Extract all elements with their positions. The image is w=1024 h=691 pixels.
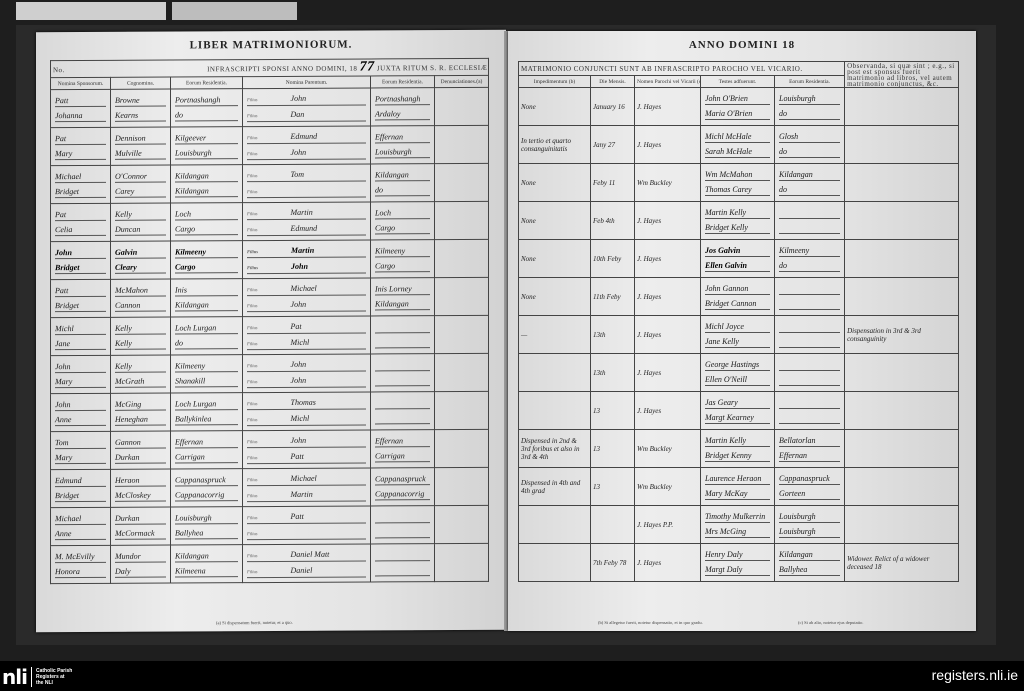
parents-residence-cell	[371, 316, 435, 354]
register-row: 7th Feby 78J. HayesHenry DalyMargt DalyK…	[519, 544, 959, 582]
witness-residence-cell: CappanaspruckGorteen	[775, 468, 845, 506]
surname-cell: DurkanMcCormack	[111, 507, 171, 545]
groom-bride-name-cell: PatMary	[51, 127, 111, 165]
witness-residence: do	[779, 260, 840, 272]
surname-cell: KellyMcGrath	[111, 355, 171, 393]
witness-residence-cell: LouisburghLouisburgh	[775, 506, 845, 544]
register-row: None10th FebyJ. HayesJos GalvinEllen Gal…	[519, 240, 959, 278]
impediment-cell: In tertio et quarto consanguinitatis	[519, 126, 591, 164]
register-row: 13thJ. HayesGeorge HastingsEllen O'Neill	[519, 354, 959, 392]
surname: Dennison	[115, 133, 166, 145]
observation-note-cell: Widower. Relict of a widower deceased 18	[845, 544, 959, 582]
year-handwritten: 77	[360, 59, 375, 74]
filius-label: Filius	[247, 455, 258, 460]
parents-cell: FiliusDaniel MattFiliusDaniel	[243, 544, 371, 583]
groom-bride-name: Mary	[55, 376, 106, 388]
residence-cell: KilmeenyCargo	[171, 241, 243, 279]
left-col-header: Eorum Residentia.	[371, 76, 435, 88]
right-col-header: Testes adfuerunt.	[701, 76, 775, 88]
groom-bride-name-cell: M. McEvillyHonora	[51, 545, 111, 583]
residence: Portnashangh	[175, 94, 238, 106]
residence: Loch	[175, 208, 238, 220]
left-col-header: Nomina Sponsorum.	[51, 77, 111, 89]
witness: John Gannon	[705, 283, 770, 295]
residence-cell: LouisburghBallyhea	[171, 507, 243, 545]
residence-cell: KildanganKildangan	[171, 165, 243, 203]
parent-residence: Loch	[375, 207, 430, 219]
impediment: None	[521, 103, 536, 111]
observation-note-cell	[845, 506, 959, 544]
witnesses-cell: Wm McMahonThomas Carey	[701, 164, 775, 202]
parent-residence: Kildangan	[375, 298, 430, 310]
witness-residence-cell	[775, 202, 845, 240]
witness-residence	[779, 359, 840, 371]
impediment: None	[521, 293, 536, 301]
impediment: None	[521, 217, 536, 225]
left-footnote: (a) Si dispensatum fuerit, notetur, et a…	[216, 620, 293, 625]
parents-residence-cell: CappanaspruckCappanacorrig	[371, 468, 435, 506]
marriage-date: January 16	[593, 103, 625, 111]
register-row: NoneFeby 11Wm BuckleyWm McMahonThomas Ca…	[519, 164, 959, 202]
parent-name: John	[291, 94, 307, 103]
witness: Timothy Mulkerrin	[705, 511, 770, 523]
parent-residence: Portnashangh	[375, 93, 430, 105]
parent-name: Edmund	[291, 132, 318, 141]
parent-line: FiliusMartin	[247, 245, 366, 259]
register-row: PattJohannaBrowneKearnsPortnashanghdoFil…	[51, 87, 489, 127]
right-col-header: Nomen Parochi vel Vicarii (c)	[635, 76, 701, 88]
parent-line: FiliusJohn	[247, 359, 366, 373]
parent-residence	[375, 321, 430, 333]
priest-name-cell: J. Hayes	[635, 354, 701, 392]
parent-line: FiliusThomas	[247, 397, 366, 411]
right-page-title: ANNO DOMINI 18	[508, 39, 976, 51]
marriage-date-cell: 7th Feby 78	[591, 544, 635, 582]
parent-name: Michl	[291, 338, 310, 347]
impediment: None	[521, 255, 536, 263]
marriage-date: Feb 4th	[593, 217, 615, 225]
parent-line: FiliusDan	[247, 109, 366, 123]
filius-label: Filius	[247, 341, 258, 346]
parents-cell: FiliusPatFiliusMichl	[243, 316, 371, 355]
parent-residence	[375, 511, 430, 523]
priest-name: J. Hayes	[637, 141, 661, 149]
filius-label: Filius	[247, 173, 258, 178]
nli-logo[interactable]: nli Catholic Parish Registers at the NLI	[2, 665, 72, 689]
surname: Cannon	[115, 300, 166, 312]
surname-cell: GannonDurkan	[111, 431, 171, 469]
observation-note-cell: Dispensation in 3rd & 3rd consanguinity	[845, 316, 959, 354]
parent-residence: Cargo	[375, 222, 430, 234]
surname-cell: HeraonMcCloskey	[111, 469, 171, 507]
impediment: None	[521, 179, 536, 187]
denunciationes-cell	[435, 429, 489, 467]
residence: Ballykinlea	[175, 413, 238, 425]
filius-label: Filius	[247, 189, 258, 194]
left-page-title: LIBER MATRIMONIORUM.	[36, 38, 506, 52]
parent-name: Tom	[291, 170, 305, 179]
impediment: Dispensed in 2nd & 3rd foribus et also i…	[521, 437, 579, 461]
marriage-date-cell: 10th Feby	[591, 240, 635, 278]
top-strip-left	[16, 2, 166, 20]
surname: Kearns	[115, 110, 166, 122]
register-row: MichaelAnneDurkanMcCormackLouisburghBall…	[51, 505, 489, 545]
parent-residence	[375, 374, 430, 386]
residence: Cappanaspruck	[175, 474, 238, 486]
priest-name-cell: J. Hayes	[635, 316, 701, 354]
denunciationes-cell	[435, 163, 489, 201]
parent-line: FiliusMartin	[247, 489, 366, 503]
parents-residence-cell	[371, 354, 435, 392]
groom-bride-name: Anne	[55, 528, 106, 540]
register-row: EdmundBridgetHeraonMcCloskeyCappanaspruc…	[51, 467, 489, 507]
denunciationes-cell	[435, 277, 489, 315]
groom-bride-name: Pat	[55, 209, 106, 221]
marriage-date-cell: 13	[591, 468, 635, 506]
parent-name: John	[291, 436, 307, 445]
witness-residence: Glosh	[779, 131, 840, 143]
surname: Durkan	[115, 452, 166, 464]
witness-residence	[779, 336, 840, 348]
groom-bride-name: Michl	[55, 323, 106, 335]
observation-note-cell	[845, 126, 959, 164]
residence: Kilgeever	[175, 132, 238, 144]
parents-residence-cell: Kildangando	[371, 164, 435, 202]
parents-cell: FiliusJohnFiliusPatt	[243, 430, 371, 469]
denunciationes-cell	[435, 505, 489, 543]
witness: Laurence Heraon	[705, 473, 770, 485]
marriage-date: 13th	[593, 369, 605, 377]
marriage-date: Feby 11	[593, 179, 615, 187]
groom-bride-name-cell: JohnAnne	[51, 393, 111, 431]
surname-cell: KellyDuncan	[111, 203, 171, 241]
denunciationes-cell	[435, 125, 489, 163]
groom-bride-name-cell: JohnMary	[51, 355, 111, 393]
witness: Martin Kelly	[705, 207, 770, 219]
observation-note-cell	[845, 88, 959, 126]
filius-label: Filius	[247, 249, 258, 254]
denunciationes-cell	[435, 201, 489, 239]
marriage-date-cell: Feb 4th	[591, 202, 635, 240]
site-link[interactable]: registers.nli.ie	[932, 667, 1018, 683]
register-row: JohnMaryKellyMcGrathKilmeenyShanakillFil…	[51, 353, 489, 393]
surname: Kelly	[115, 323, 166, 335]
residence-cell: Loch LurganBallykinlea	[171, 393, 243, 431]
top-strip-right	[172, 2, 297, 20]
priest-name: Wm Buckley	[637, 179, 672, 187]
witness-residence-cell	[775, 278, 845, 316]
parent-line: FiliusTom	[247, 169, 366, 183]
observation-note: Widower. Relict of a widower deceased 18	[847, 555, 929, 571]
parent-residence	[375, 397, 430, 409]
priest-name-cell: Wm Buckley	[635, 430, 701, 468]
parent-name: Michl	[291, 414, 310, 423]
groom-bride-name: Pat	[55, 133, 106, 145]
residence: Ballyhea	[175, 527, 238, 539]
priest-name: J. Hayes	[637, 369, 661, 377]
parent-line: FiliusMichael	[247, 283, 366, 297]
parent-residence: Effernan	[375, 131, 430, 143]
right-col-header: Eorum Residentia.	[775, 76, 845, 88]
observation-note-cell	[845, 278, 959, 316]
groom-bride-name: Honora	[55, 566, 106, 578]
surname-cell: MundorDaly	[111, 545, 171, 583]
residence-cell: KilgeeverLouisburgh	[171, 127, 243, 165]
denunciationes-cell	[435, 391, 489, 429]
witness: Bridget Kelly	[705, 222, 770, 234]
filius-label: Filius	[247, 363, 258, 368]
right-banner: MATRIMONIO CONJUNCTI SUNT AB INFRASCRIPT…	[519, 62, 845, 76]
marriage-date: 7th Feby 78	[593, 559, 626, 567]
parents-residence-cell	[371, 506, 435, 544]
residence-cell: KilmeenyShanakill	[171, 355, 243, 393]
groom-bride-name: Celia	[55, 224, 106, 236]
marriage-date-cell	[591, 506, 635, 544]
filius-label: Filius	[247, 287, 258, 292]
priest-name-cell: J. Hayes	[635, 240, 701, 278]
register-row: JohnBridgetGalvinClearyKilmeenyCargoFili…	[51, 239, 489, 279]
witness-residence	[779, 412, 840, 424]
parent-name: Martin	[291, 246, 314, 255]
parent-line: FiliusPatt	[247, 511, 366, 525]
observation-note-cell	[845, 468, 959, 506]
residence-cell: CappanaspruckCappanacorrig	[171, 469, 243, 507]
priest-name: J. Hayes	[637, 293, 661, 301]
witness-residence-cell	[775, 316, 845, 354]
filius-label: Filius	[247, 97, 258, 102]
parents-residence-cell	[371, 544, 435, 582]
right-page: ANNO DOMINI 18 MATRIMONIO CONJUNCTI SUNT…	[508, 31, 976, 631]
priest-name-cell: J. Hayes	[635, 88, 701, 126]
surname-cell: KellyKelly	[111, 317, 171, 355]
filius-label: Filius	[247, 531, 258, 536]
parent-residence	[375, 412, 430, 424]
witness: Ellen O'Neill	[705, 374, 770, 386]
marriage-date-cell: January 16	[591, 88, 635, 126]
filius-label: Filius	[247, 569, 258, 574]
priest-name: J. Hayes	[637, 103, 661, 111]
logo-divider	[31, 667, 32, 687]
parent-residence: Inis Lorney	[375, 283, 430, 295]
filius-label: Filius	[247, 265, 258, 270]
priest-name: J. Hayes	[637, 331, 661, 339]
groom-bride-name: Michael	[55, 513, 106, 525]
priest-name-cell: J. Hayes P.P.	[635, 506, 701, 544]
denunciationes-cell	[435, 239, 489, 277]
priest-name: J. Hayes P.P.	[637, 521, 673, 529]
right-footnote-b: (b) Si allegetur fuerit, notetur dispens…	[598, 620, 703, 625]
parent-name: Patt	[291, 512, 304, 521]
residence: Loch Lurgan	[175, 398, 238, 410]
witness: Jane Kelly	[705, 336, 770, 348]
denunciationes-cell	[435, 87, 489, 125]
witness: Sarah McHale	[705, 146, 770, 158]
left-col-header: Denunciationes.(a)	[435, 75, 489, 87]
register-row: MichaelBridgetO'ConnorCareyKildanganKild…	[51, 163, 489, 203]
priest-name: J. Hayes	[637, 255, 661, 263]
register-row: Dispensed in 2nd & 3rd foribus et also i…	[519, 430, 959, 468]
banner-post: JUXTA RITUM S. R. ECCLESIÆ	[377, 64, 487, 73]
parent-name: John	[291, 360, 307, 369]
filius-label: Filius	[247, 303, 258, 308]
surname-cell: BrowneKearns	[111, 89, 171, 127]
register-row: M. McEvillyHonoraMundorDalyKildanganKilm…	[51, 543, 489, 583]
groom-bride-name: Mary	[55, 452, 106, 464]
filius-label: Filius	[247, 401, 258, 406]
witness-residence	[779, 222, 840, 234]
parents-cell: FiliusTomFilius	[243, 164, 371, 203]
parent-line: FiliusEdmund	[247, 223, 366, 237]
groom-bride-name: John	[55, 361, 106, 373]
residence: Loch Lurgan	[175, 322, 238, 334]
groom-bride-name: Michael	[55, 171, 106, 183]
denunciationes-cell	[435, 543, 489, 581]
residence: do	[175, 337, 238, 349]
groom-bride-name: M. McEvilly	[55, 551, 106, 563]
witness-residence	[779, 397, 840, 409]
groom-bride-name: Bridget	[55, 186, 106, 198]
witness-residence: Ballyhea	[779, 564, 840, 576]
parent-residence: Kildangan	[375, 169, 430, 181]
witness-residence-cell: KildanganBallyhea	[775, 544, 845, 582]
parents-residence-cell: EffernanCarrigan	[371, 430, 435, 468]
witness-residence: do	[779, 108, 840, 120]
parent-name: Thomas	[291, 398, 316, 407]
right-footnote-c: (c) Si ab alio, notetur ejus deputatio.	[798, 620, 863, 625]
witness-residence-cell: Kildangando	[775, 164, 845, 202]
impediment-cell	[519, 392, 591, 430]
parent-name: Martin	[291, 490, 313, 499]
residence: Cargo	[175, 261, 238, 273]
observation-note-cell	[845, 430, 959, 468]
parent-line: FiliusJohn	[247, 375, 366, 389]
parents-cell: FiliusPattFilius	[243, 506, 371, 545]
observation-note-cell	[845, 164, 959, 202]
witnesses-cell: Martin KellyBridget Kelly	[701, 202, 775, 240]
witness: Michl McHale	[705, 131, 770, 143]
parents-cell: FiliusMartinFiliusEdmund	[243, 202, 371, 241]
parent-name: Patt	[291, 452, 304, 461]
surname: Durkan	[115, 513, 166, 525]
surname: Carey	[115, 186, 166, 198]
witnesses-cell: Jos GalvinEllen Galvin	[701, 240, 775, 278]
witness-residence-cell	[775, 392, 845, 430]
groom-bride-name-cell: PattJohanna	[51, 89, 111, 127]
surname: Cleary	[115, 262, 166, 274]
surname: Heraon	[115, 475, 166, 487]
impediment-cell: —	[519, 316, 591, 354]
groom-bride-name-cell: PatCelia	[51, 203, 111, 241]
parent-line: FiliusPat	[247, 321, 366, 335]
parent-residence	[375, 336, 430, 348]
register-row: TomMaryGannonDurkanEffernanCarriganFiliu…	[51, 429, 489, 469]
parent-line: FiliusMichael	[247, 473, 366, 487]
marriage-date: 13	[593, 483, 600, 491]
surname: McGrath	[115, 376, 166, 388]
filius-label: Filius	[247, 113, 258, 118]
residence: Kilmeeny	[175, 246, 238, 258]
witnesses-cell: Timothy MulkerrinMrs McGing	[701, 506, 775, 544]
residence-cell: Loch Lurgando	[171, 317, 243, 355]
witness-residence: Kildangan	[779, 169, 840, 181]
witness: John O'Brien	[705, 93, 770, 105]
surname: O'Connor	[115, 171, 166, 183]
surname: Kelly	[115, 361, 166, 373]
parent-name: John	[291, 262, 308, 271]
residence: Effernan	[175, 436, 238, 448]
parent-residence: Carrigan	[375, 450, 430, 462]
impediment-cell: None	[519, 164, 591, 202]
witness: Michl Joyce	[705, 321, 770, 333]
priest-name-cell: Wm Buckley	[635, 164, 701, 202]
priest-name: Wm Buckley	[637, 445, 672, 453]
witness-residence: Bellatorlan	[779, 435, 840, 447]
witness: Ellen Galvin	[705, 260, 770, 272]
logo-text: Catholic Parish Registers at the NLI	[36, 668, 72, 686]
parent-residence: Ardaloy	[375, 108, 430, 120]
parent-residence	[375, 359, 430, 371]
parent-line: FiliusJohn	[247, 435, 366, 449]
residence: Louisburgh	[175, 147, 238, 159]
register-row: J. Hayes P.P.Timothy MulkerrinMrs McGing…	[519, 506, 959, 544]
residence-cell: Portnashanghdo	[171, 89, 243, 127]
parents-cell: FiliusMartinFiliusJohn	[243, 240, 371, 279]
register-row: NoneJanuary 16J. HayesJohn O'BrienMaria …	[519, 88, 959, 126]
witness-residence: do	[779, 184, 840, 196]
surname-cell: GalvinCleary	[111, 241, 171, 279]
no-label: No.	[53, 66, 65, 74]
parent-name: John	[291, 300, 307, 309]
witness: Margt Kearney	[705, 412, 770, 424]
witnesses-cell: Jas GearyMargt Kearney	[701, 392, 775, 430]
parents-residence-cell: Inis LorneyKildangan	[371, 278, 435, 316]
witness-residence-cell: Gloshdo	[775, 126, 845, 164]
groom-bride-name: John	[55, 399, 106, 411]
residence: Cargo	[175, 223, 238, 235]
register-row: NoneFeb 4thJ. HayesMartin KellyBridget K…	[519, 202, 959, 240]
groom-bride-name: Edmund	[55, 475, 106, 487]
parents-residence-cell: LochCargo	[371, 202, 435, 240]
surname: Kelly	[115, 338, 166, 350]
residence-cell: EffernanCarrigan	[171, 431, 243, 469]
register-row: PattBridgetMcMahonCannonInisKildanganFil…	[51, 277, 489, 317]
witness-residence	[779, 283, 840, 295]
impediment-cell: Dispensed in 2nd & 3rd foribus et also i…	[519, 430, 591, 468]
impediment: Dispensed in 4th and 4th grad	[521, 479, 580, 495]
filius-label: Filius	[247, 553, 258, 558]
witness: Jas Geary	[705, 397, 770, 409]
parents-cell: FiliusMichaelFiliusJohn	[243, 278, 371, 317]
parent-line: FiliusDaniel	[247, 565, 366, 579]
left-page: LIBER MATRIMONIORUM. No. INFRASCRIPTI SP…	[36, 30, 506, 632]
surname: Kelly	[115, 209, 166, 221]
witness-residence	[779, 321, 840, 333]
impediment-cell: None	[519, 88, 591, 126]
parents-residence-cell	[371, 392, 435, 430]
witness-residence: Kildangan	[779, 549, 840, 561]
parents-cell: FiliusJohnFiliusJohn	[243, 354, 371, 393]
priest-name-cell: Wm Buckley	[635, 468, 701, 506]
impediment-cell: None	[519, 202, 591, 240]
parent-residence	[375, 526, 430, 538]
witness-residence: Effernan	[779, 450, 840, 462]
register-row: None11th FebyJ. HayesJohn GannonBridget …	[519, 278, 959, 316]
parent-line: FiliusMichl	[247, 337, 366, 351]
observation-note-cell	[845, 202, 959, 240]
residence: Kilmeena	[175, 565, 238, 577]
witness-residence: Gorteen	[779, 488, 840, 500]
witnesses-cell: Michl McHaleSarah McHale	[701, 126, 775, 164]
